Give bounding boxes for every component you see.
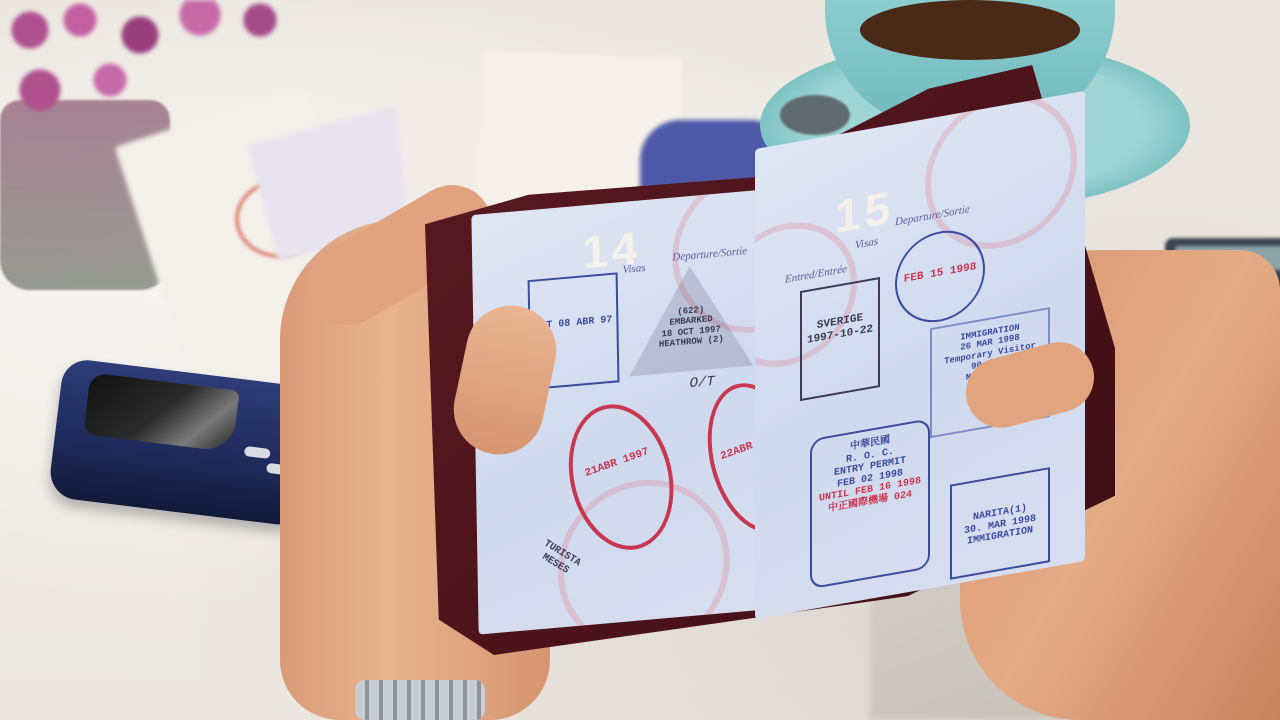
roc-entry-permit-stamp: 中華民國 R. O. C. ENTRY PERMIT FEB 02 1998 U… — [810, 418, 930, 589]
stamp-text: 21ABR 1997 — [571, 442, 663, 485]
spoon — [780, 95, 850, 135]
visas-label: Visas — [855, 235, 878, 251]
round-date-stamp: FEB 15 1998 — [895, 224, 985, 330]
sverige-stamp: SVERIGE 1997-10-22 — [800, 277, 880, 401]
handwritten-note: O/T — [689, 374, 714, 392]
phone-key — [244, 446, 271, 459]
coffee — [860, 0, 1080, 60]
narita-departure-stamp: NARITA(1) 30. MAR 1998 IMMIGRATION — [950, 467, 1050, 580]
phone-screen — [83, 373, 239, 453]
stamp-text: FEB 15 1998 — [897, 260, 983, 288]
wristwatch-band — [355, 680, 485, 720]
page-number: 15 — [835, 180, 894, 244]
